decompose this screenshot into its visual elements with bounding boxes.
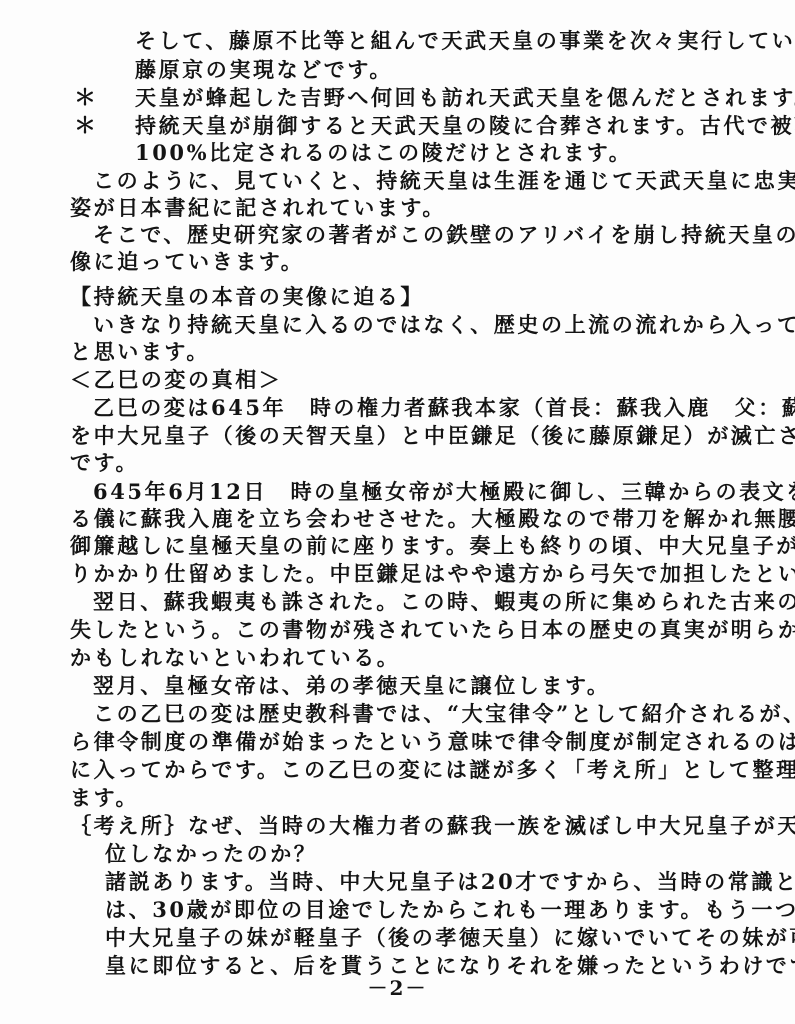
- text-line: そして、藤原不比等と組んで天武天皇の事業を次々実行していきます。: [135, 27, 795, 55]
- text-line: は、30歳が即位の目途でしたからこれも一理あります。もう一つの説は: [105, 896, 795, 924]
- text-line: りかかり仕留めました。中臣鎌足はやや遠方から弓矢で加担したという。: [70, 560, 795, 588]
- text-line: を中大兄皇子（後の天智天皇）と中臣鎌足（後に藤原鎌足）が滅亡させた事件: [70, 422, 795, 450]
- text-line: に入ってからです。この乙巳の変には謎が多く「考え所」として整理しておき: [70, 756, 795, 784]
- text-line: 諸説あります。当時、中大兄皇子は20才ですから、当時の常識として天皇: [105, 868, 795, 896]
- text-line: このように、見ていくと、持統天皇は生涯を通じて天武天皇に忠実であった: [93, 167, 795, 195]
- text-line: 645年6月12日 時の皇極女帝が大極殿に御し、三韓からの表文を奏上す: [93, 478, 795, 506]
- text-line: 中大兄皇子の妹が軽皇子（後の孝徳天皇）に嫁いでいてその妹が可愛く天: [105, 924, 795, 952]
- text-line: この乙巳の変は歴史教科書では、“大宝律令”として紹介されるが、この年か: [93, 700, 795, 728]
- text-line: 100%比定されるのはこの陵だけとされます。: [135, 139, 632, 167]
- document-page: そして、藤原不比等と組んで天武天皇の事業を次々実行していきます。藤原京の実現など…: [0, 0, 795, 1024]
- text-line: ます。: [70, 784, 139, 812]
- text-line: です。: [70, 449, 139, 477]
- text-line: 藤原京の実現などです。: [135, 56, 393, 84]
- bullet-asterisk: ＊: [74, 112, 96, 140]
- text-line: かもしれないといわれている。: [70, 644, 400, 672]
- text-line: と思います。: [70, 338, 210, 366]
- kangae-label-line: ｛考え所｝なぜ、当時の大権力者の蘇我一族を滅ぼし中大兄皇子が天皇に即: [70, 812, 795, 840]
- text-line: 翌日、蘇我蝦夷も誅された。この時、蝦夷の所に集められた古来の書物が焼: [93, 588, 795, 616]
- subsection-heading: ＜乙巳の変の真相＞: [70, 366, 282, 394]
- text-line: 天皇が蜂起した吉野へ何回も訪れ天武天皇を偲んだとされます。: [135, 84, 795, 112]
- page-number: －2－: [0, 974, 795, 1002]
- text-line: 翌月、皇極女帝は、弟の孝徳天皇に譲位します。: [93, 672, 611, 700]
- section-heading: 【持統天皇の本音の実像に迫る】: [70, 283, 424, 311]
- bullet-asterisk: ＊: [74, 84, 96, 112]
- text-line: 持統天皇が崩御すると天武天皇の陵に合葬されます。古代で被葬者が: [135, 112, 795, 140]
- text-line: 像に迫っていきます。: [70, 248, 304, 276]
- text-line: いきなり持統天皇に入るのではなく、歴史の上流の流れから入っていきたい: [93, 311, 795, 339]
- text-line: 姿が日本書紀に記されれています。: [70, 194, 446, 222]
- text-line: 位しなかったのか？: [105, 840, 317, 868]
- text-line: 乙巳の変は645年 時の権力者蘇我本家（首長：蘇我入鹿 父：蘇我蝦夷）: [93, 394, 795, 422]
- text-line: 失したという。この書物が残されていたら日本の歴史の真実が明らかになった: [70, 616, 795, 644]
- text-line: そこで、歴史研究家の著者がこの鉄壁のアリバイを崩し持統天皇の本音の実: [93, 221, 795, 249]
- text-line: 御簾越しに皇極天皇の前に座ります。奏上も終りの頃、中大兄皇子が入鹿に斬: [70, 532, 795, 560]
- text-line: る儀に蘇我入鹿を立ち会わせさせた。大極殿なので帯刀を解かれ無腰のままで: [70, 505, 795, 533]
- text-line: ら律令制度の準備が始まったという意味で律令制度が制定されるのは700年代: [70, 728, 795, 756]
